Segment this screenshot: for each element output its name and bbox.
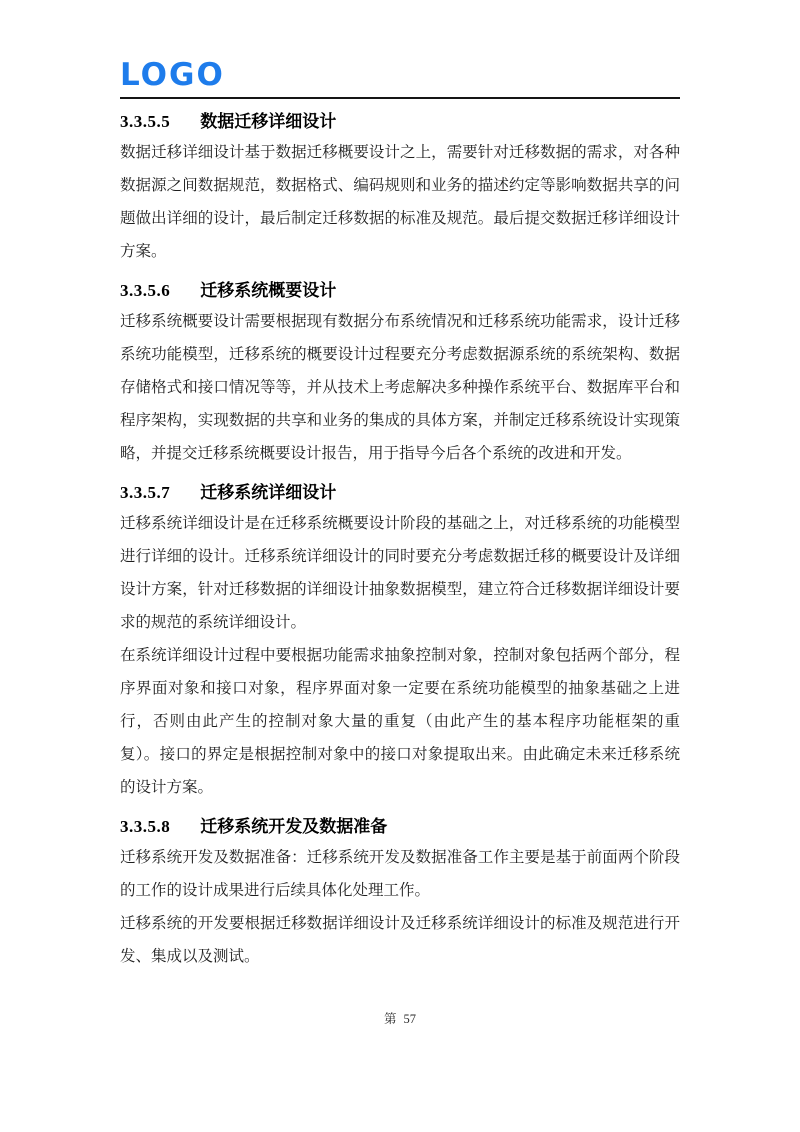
page-number: 57: [404, 1012, 417, 1026]
section-heading: 3.3.5.8迁移系统开发及数据准备: [120, 814, 680, 840]
section-data-migration-detailed-design: 3.3.5.5数据迁移详细设计 数据迁移详细设计基于数据迁移概要设计之上，需要针…: [120, 109, 680, 268]
header-divider: [120, 97, 680, 99]
section-number: 3.3.5.6: [120, 281, 170, 300]
page-header: LOGO: [120, 58, 680, 99]
section-title: 迁移系统概要设计: [200, 281, 336, 300]
section-migration-system-detailed-design: 3.3.5.7迁移系统详细设计 迁移系统详细设计是在迁移系统概要设计阶段的基础之…: [120, 480, 680, 804]
section-number: 3.3.5.8: [120, 817, 170, 836]
paragraph: 迁移系统详细设计是在迁移系统概要设计阶段的基础之上，对迁移系统的功能模型进行详细…: [120, 507, 680, 639]
section-number: 3.3.5.5: [120, 112, 170, 131]
section-migration-system-overview-design: 3.3.5.6迁移系统概要设计 迁移系统概要设计需要根据现有数据分布系统情况和迁…: [120, 278, 680, 470]
document-body: 3.3.5.5数据迁移详细设计 数据迁移详细设计基于数据迁移概要设计之上，需要针…: [120, 109, 680, 973]
section-title: 数据迁移详细设计: [200, 112, 336, 131]
section-migration-system-dev-and-data-prep: 3.3.5.8迁移系统开发及数据准备 迁移系统开发及数据准备：迁移系统开发及数据…: [120, 814, 680, 973]
paragraph: 数据迁移详细设计基于数据迁移概要设计之上，需要针对迁移数据的需求，对各种数据源之…: [120, 136, 680, 268]
section-number: 3.3.5.7: [120, 483, 170, 502]
paragraph: 迁移系统概要设计需要根据现有数据分布系统情况和迁移系统功能需求，设计迁移系统功能…: [120, 305, 680, 470]
section-title: 迁移系统详细设计: [200, 483, 336, 502]
page-number-label: 第: [384, 1012, 397, 1026]
document-page: LOGO 3.3.5.5数据迁移详细设计 数据迁移详细设计基于数据迁移概要设计之…: [0, 0, 800, 1132]
section-heading: 3.3.5.5数据迁移详细设计: [120, 109, 680, 135]
section-heading: 3.3.5.7迁移系统详细设计: [120, 480, 680, 506]
paragraph: 在系统详细设计过程中要根据功能需求抽象控制对象，控制对象包括两个部分，程序界面对…: [120, 639, 680, 804]
logo: LOGO: [120, 58, 680, 92]
paragraph: 迁移系统的开发要根据迁移数据详细设计及迁移系统详细设计的标准及规范进行开发、集成…: [120, 907, 680, 973]
paragraph: 迁移系统开发及数据准备：迁移系统开发及数据准备工作主要是基于前面两个阶段的工作的…: [120, 841, 680, 907]
page-footer: 第57: [0, 1009, 800, 1027]
section-title: 迁移系统开发及数据准备: [200, 817, 387, 836]
section-heading: 3.3.5.6迁移系统概要设计: [120, 278, 680, 304]
